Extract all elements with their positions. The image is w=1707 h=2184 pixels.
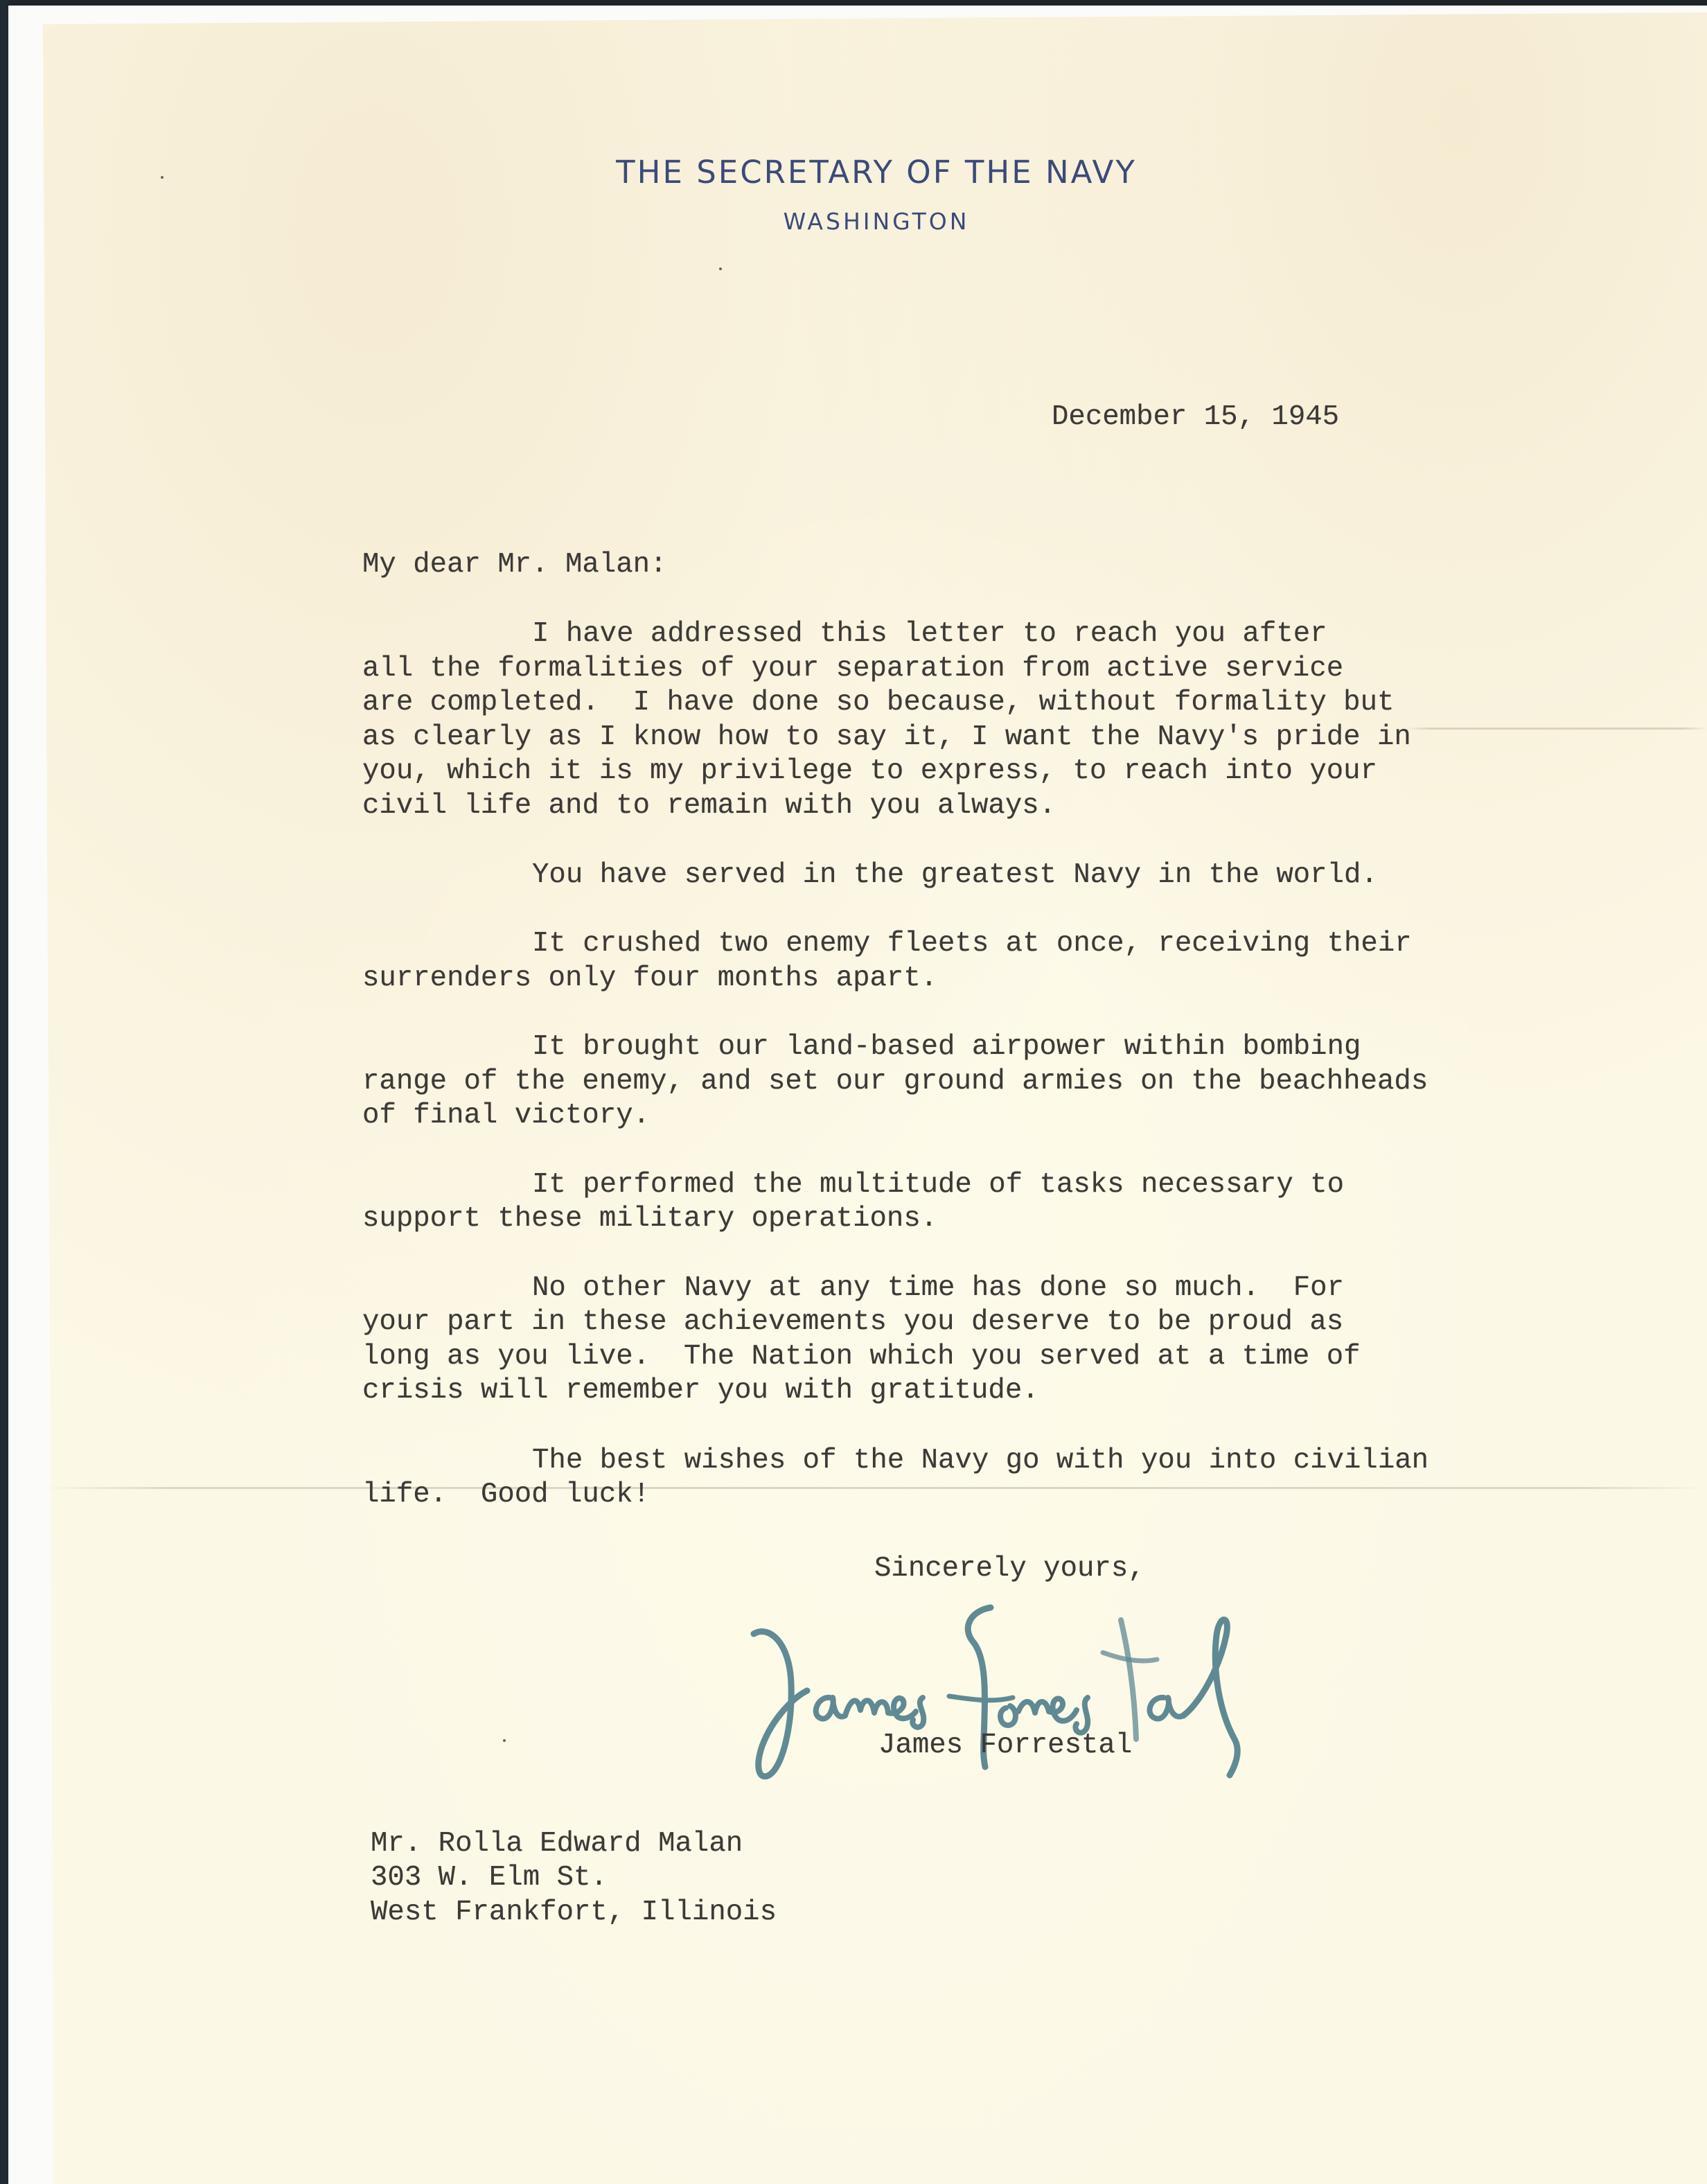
recipient-city: West Frankfort, Illinois <box>371 1896 777 1930</box>
body-line: It performed the multitude of tasks nece… <box>532 1168 1344 1203</box>
body-line: as clearly as I know how to say it, I wa… <box>362 721 1411 755</box>
body-line: all the formalities of your separation f… <box>362 652 1343 687</box>
salutation: My dear Mr. Malan: <box>362 548 667 583</box>
fold-crease-upper <box>1406 728 1707 730</box>
body-line: I have addressed this letter to reach yo… <box>532 617 1327 652</box>
recipient-street: 303 W. Elm St. <box>371 1861 608 1896</box>
typed-signature-name: James Forrestal <box>878 1729 1132 1763</box>
closing: Sincerely yours, <box>874 1552 1145 1587</box>
letterhead-title: THE SECRETARY OF THE NAVY <box>0 154 1707 191</box>
letterhead-city: WASHINGTON <box>0 208 1707 235</box>
body-line: range of the enemy, and set our ground a… <box>362 1065 1428 1100</box>
body-line: It crushed two enemy fleets at once, rec… <box>532 927 1412 962</box>
body-line: No other Navy at any time has done so mu… <box>532 1271 1344 1306</box>
paper-speck <box>719 267 722 270</box>
scan-border-left <box>0 0 8 2184</box>
scan-border-top <box>0 0 1707 6</box>
body-line: civil life and to remain with you always… <box>362 789 1056 824</box>
body-line: long as you live. The Nation which you s… <box>362 1340 1361 1375</box>
body-line: support these military operations. <box>362 1202 937 1237</box>
body-line: You have served in the greatest Navy in … <box>532 858 1378 893</box>
body-line: surrenders only four months apart. <box>362 962 937 996</box>
body-line: your part in these achievements you dese… <box>362 1305 1343 1340</box>
body-line: of final victory. <box>362 1099 650 1134</box>
body-line: life. Good luck! <box>362 1478 650 1513</box>
paper-speck <box>503 1739 506 1742</box>
letter-date: December 15, 1945 <box>1052 400 1339 435</box>
body-line: are completed. I have done so because, w… <box>362 686 1394 721</box>
body-line: The best wishes of the Navy go with you … <box>532 1444 1429 1479</box>
body-line: crisis will remember you with gratitude. <box>362 1374 1039 1409</box>
recipient-name: Mr. Rolla Edward Malan <box>371 1827 743 1862</box>
fold-crease-lower <box>43 1487 1707 1489</box>
body-line: you, which it is my privilege to express… <box>362 755 1377 789</box>
body-line: It brought our land-based airpower withi… <box>532 1030 1361 1065</box>
